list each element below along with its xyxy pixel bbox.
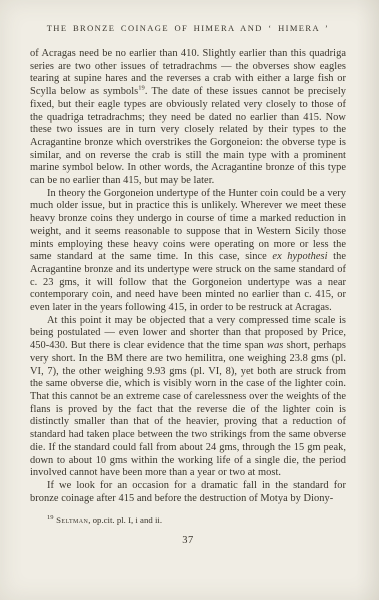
footnote: 19 Seltman, op.cit. pl. I, i and ii.	[30, 515, 346, 526]
text-segment: Seltman	[54, 515, 89, 525]
paragraph: At this point it may be objected that a …	[30, 315, 346, 480]
paragraph: If we look for an occasion for a dramati…	[30, 480, 346, 505]
text-segment: was	[267, 340, 283, 351]
scanned-page: THE BRONZE COINAGE OF HIMERA AND ‘ HIMER…	[0, 0, 379, 600]
text-segment: , op.cit. pl. I, i and ii.	[88, 515, 162, 525]
paragraph: In theory the Gorgoneion undertype of th…	[30, 188, 346, 315]
text-segment: . The date of these issues cannot be pre…	[30, 86, 346, 186]
page-content: THE BRONZE COINAGE OF HIMERA AND ‘ HIMER…	[30, 23, 346, 546]
running-header: THE BRONZE COINAGE OF HIMERA AND ‘ HIMER…	[30, 23, 346, 33]
text-segment: 19	[138, 85, 145, 92]
body-text: of Acragas need be no earlier than 410. …	[30, 48, 346, 505]
text-segment: If we look for an occasion for a dramati…	[30, 480, 346, 504]
text-segment: short, perhaps very short. In the BM the…	[30, 340, 346, 478]
page-number: 37	[30, 535, 346, 546]
text-segment: ex hypothesi	[272, 251, 327, 262]
paragraph: of Acragas need be no earlier than 410. …	[30, 48, 346, 188]
